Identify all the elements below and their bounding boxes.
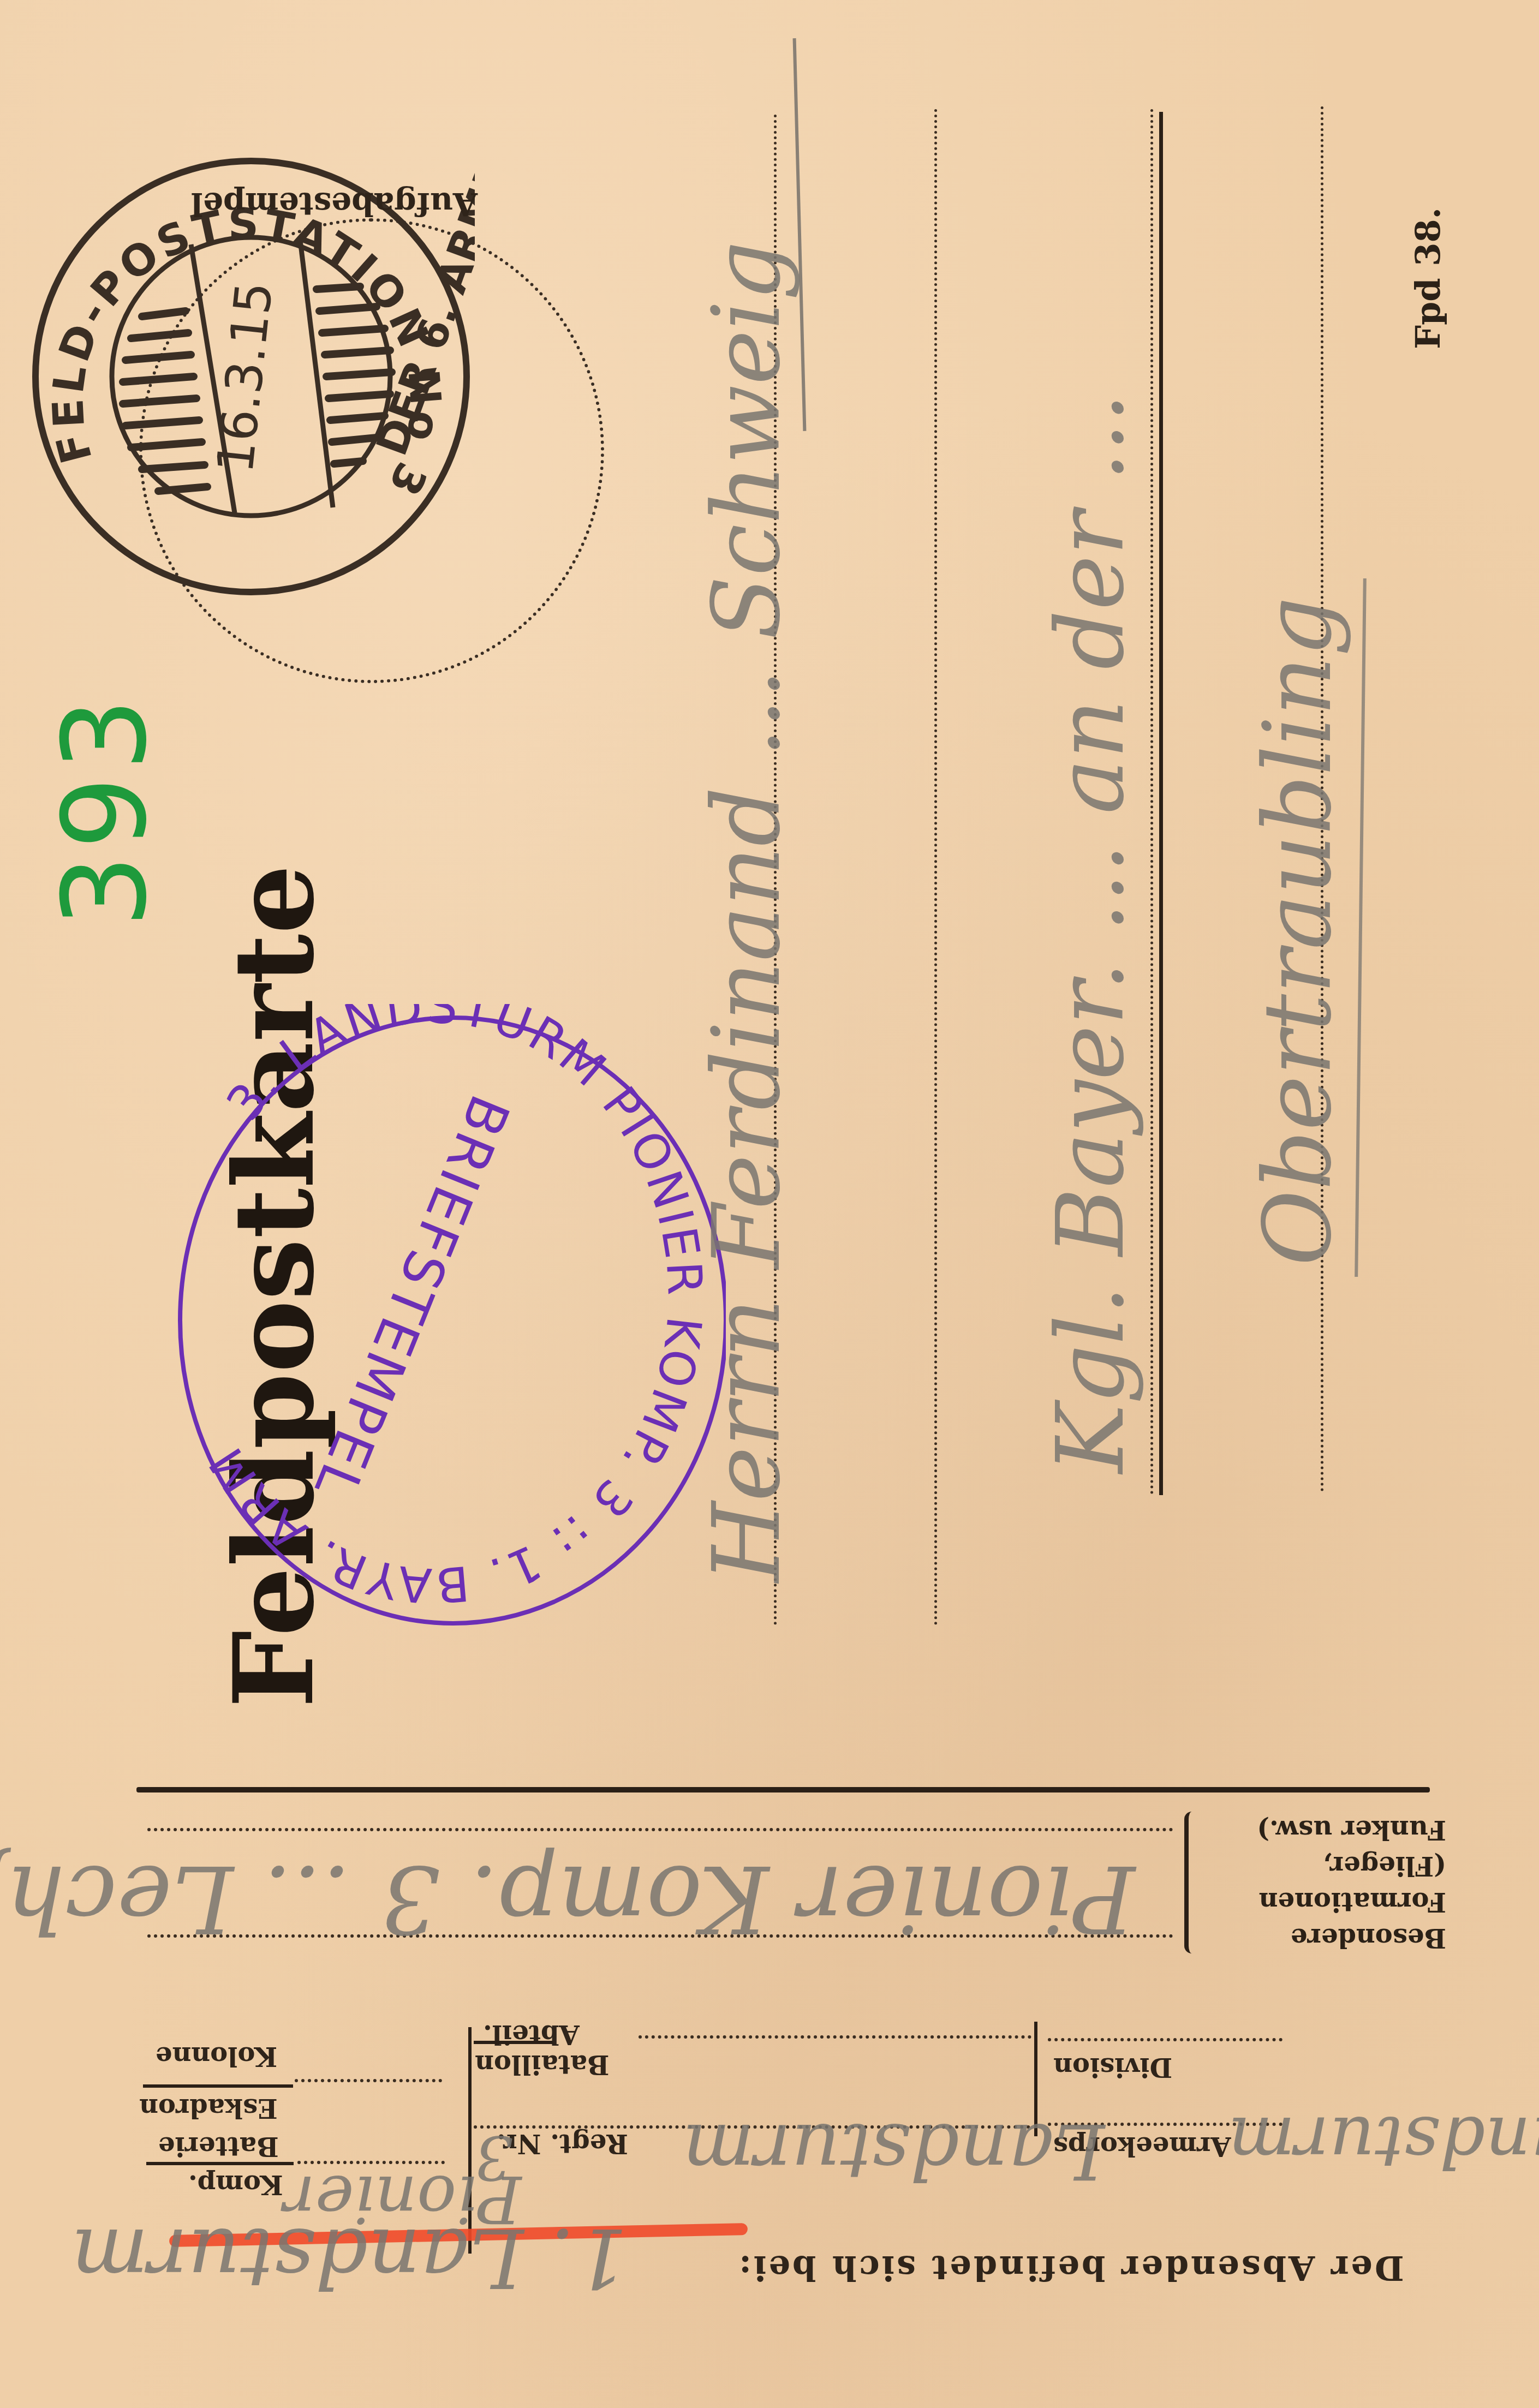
stamp-placement-circle	[139, 218, 604, 683]
division-line	[1048, 2038, 1282, 2041]
address-handwriting-3: Obertraubling	[1244, 597, 1352, 1266]
sender-handwriting: 1. Landsturm	[71, 2210, 628, 2305]
bataillon-abteil-rule	[474, 2041, 553, 2044]
bataillon-label: Bataillon	[475, 2049, 610, 2080]
armeekorps-handwriting: 1. Landsturm	[1228, 2101, 1539, 2184]
eskadron-label: Eskadron	[139, 2093, 278, 2123]
archive-number: 393	[38, 692, 172, 928]
unit-stamp: 3. LANDSTURM PIONIER KOMP. 3 :: 1. BAYR.…	[169, 1004, 726, 1632]
special-formation-handwriting: Pionier Komp. 3 ... Lechfeld	[180, 1844, 1135, 1952]
kolonne-line	[295, 2079, 442, 2082]
batterie-label: Batterie	[158, 2131, 279, 2161]
abteil-label: Abteil.	[483, 2019, 580, 2050]
special-formations-label: Besondere Formationen (Flieger, Funker u…	[1217, 1812, 1446, 1956]
komp-label: Komp.	[188, 2169, 283, 2200]
stamp-field-label: Aufgabestempel	[191, 186, 478, 223]
pencil-underline	[1355, 578, 1367, 1277]
form-code: Fpd 38.	[1408, 207, 1448, 349]
special-formations-label-line: Funker usw.)	[1217, 1812, 1446, 1848]
unit-stamp-center-text: BRIEFSTEMPEL	[302, 1086, 522, 1509]
address-handwriting-2: Kgl. Bayer. ... an der ...	[1037, 393, 1145, 1473]
address-line-2	[934, 109, 937, 1626]
form-separator	[136, 1787, 1430, 1792]
special-formations-label-line: Besondere	[1217, 1920, 1446, 1956]
division-label: Division	[1053, 2052, 1172, 2082]
special-formations-label-line: (Flieger,	[1217, 1848, 1446, 1884]
regt-handwriting: Landsturm	[682, 2106, 1105, 2195]
special-formations-label-line: Formationen	[1217, 1884, 1446, 1920]
sender-heading: Der Absender befindet sich bei:	[737, 2248, 1404, 2288]
address-line-3	[1150, 109, 1153, 1495]
address-underline-bold	[1159, 112, 1163, 1495]
bataillon-line	[639, 2035, 1031, 2039]
address-handwriting-1: Herrn Ferdinand ... Schweig	[693, 241, 801, 1582]
brace-icon	[1184, 1812, 1205, 1953]
batterie-rule	[146, 2162, 294, 2165]
kolonne-label: Kolonne	[156, 2041, 277, 2071]
special-formation-line-1	[147, 1828, 1173, 1831]
regt-label: Regt. Nr.	[497, 2128, 628, 2159]
kolonne-rule	[143, 2084, 293, 2088]
